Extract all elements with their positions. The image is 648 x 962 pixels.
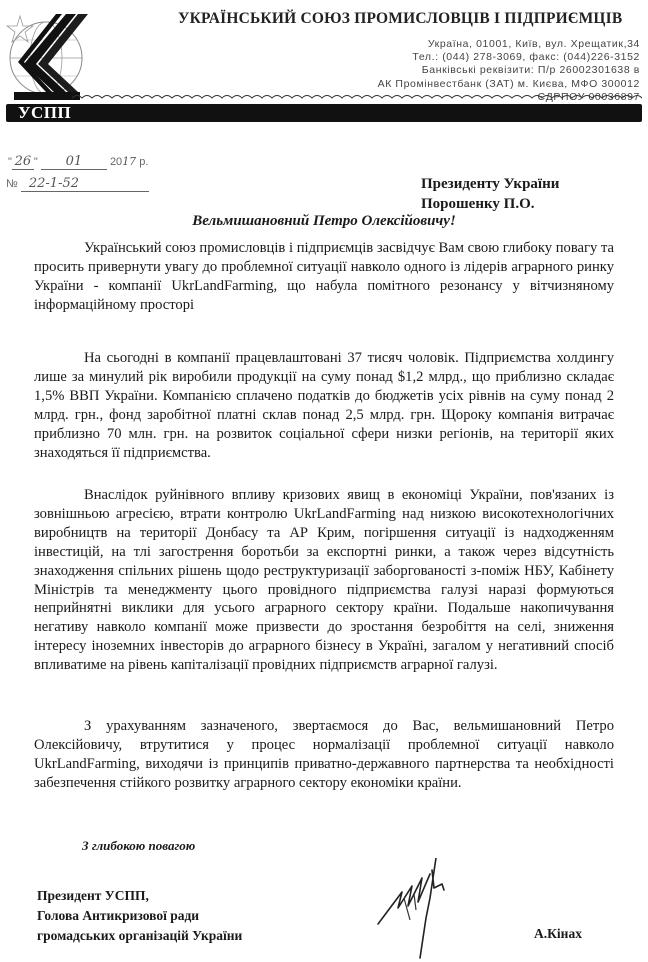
signatory-title-line-2: Голова Антикризової ради <box>37 906 242 926</box>
globe-chevron-logo-icon <box>6 6 92 104</box>
number-label: № <box>6 178 18 190</box>
signatory-name: А.Кінах <box>534 926 582 942</box>
date-day: 26 <box>12 154 34 170</box>
date-month: 01 <box>41 154 107 170</box>
date-year-prefix: 20 <box>110 156 122 168</box>
contact-address: Україна, 01001, Київ, вул. Хрещатик,34 <box>378 38 640 51</box>
year-unit: р. <box>139 156 148 168</box>
letterhead-band <box>6 104 642 122</box>
handwritten-signature-icon <box>372 858 462 960</box>
date-year-suffix: 17 <box>122 155 136 168</box>
wave-divider <box>72 93 642 99</box>
addressee: Президенту України Порошенку П.О. <box>421 174 559 214</box>
paragraph-2: На сьогодні в компанії працевлаштовані 3… <box>34 349 614 462</box>
paragraph-1: Український союз промисловців і підприєм… <box>34 239 614 315</box>
contact-bank-name: АК Промінвестбанк (ЗАТ) м. Києва, МФО 30… <box>378 78 640 91</box>
contact-phone: Тел.: (044) 278-3069, факс: (044)226-315… <box>378 51 640 64</box>
org-name: УКРАЇНСЬКИЙ СОЮЗ ПРОМИСЛОВЦІВ І ПІДПРИЄМ… <box>178 10 622 28</box>
letter-date: "26" 01 2017 р. <box>8 154 148 170</box>
salutation: Вельмишановний Петро Олексійовичу! <box>0 213 648 230</box>
contact-bank-account: Банківські реквізити: П/р 26002301638 в <box>378 64 640 77</box>
addressee-line-1: Президенту України <box>421 174 559 194</box>
signatory-title: Президент УСПП, Голова Антикризової ради… <box>37 886 242 946</box>
signatory-title-line-1: Президент УСПП, <box>37 886 242 906</box>
paragraph-4: З урахуванням зазначеного, звертаємося д… <box>34 717 614 793</box>
org-abbreviation: УСПП <box>18 103 71 123</box>
letter-number: № 22-1-52 <box>6 176 149 192</box>
number-value: 22-1-52 <box>21 176 149 192</box>
paragraph-3: Внаслідок руйнівного впливу кризових яви… <box>34 486 614 675</box>
closing: З глибокою повагою <box>82 838 195 854</box>
signatory-title-line-3: громадських організацій України <box>37 926 242 946</box>
addressee-line-2: Порошенку П.О. <box>421 194 559 214</box>
